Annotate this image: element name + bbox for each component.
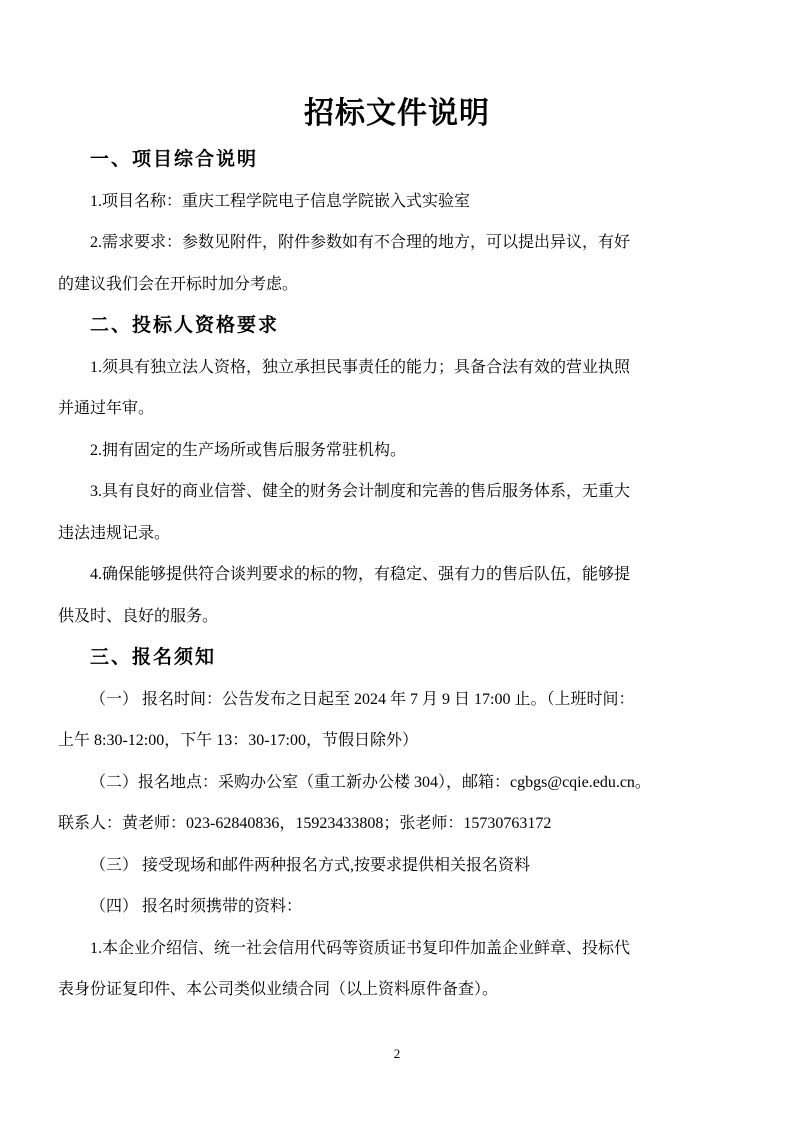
text-line: （一） 报名时间：公告发布之日起至 2024 年 7 月 9 日 17:00 止… <box>58 679 736 721</box>
section-heading: 三、报名须知 <box>58 637 736 679</box>
text-line: 并通过年审。 <box>58 388 736 430</box>
text-line: 表身份证复印件、本公司类似业绩合同（以上资料原件备查）。 <box>58 969 736 1011</box>
document-title: 招标文件说明 <box>0 92 794 136</box>
text-line: （三） 接受现场和邮件两种报名方式,按要求提供相关报名资料 <box>58 845 736 887</box>
text-line: 2.拥有固定的生产场所或售后服务常驻机构。 <box>58 430 736 472</box>
section-heading: 一、项目综合说明 <box>58 139 736 181</box>
text-line: 上午 8:30-12:00，下午 13：30-17:00，节假日除外） <box>58 720 736 762</box>
text-line: （四） 报名时须携带的资料： <box>58 886 736 928</box>
text-line: 2.需求要求：参数见附件，附件参数如有不合理的地方，可以提出异议，有好 <box>58 222 736 264</box>
page-number: 2 <box>0 1046 794 1062</box>
text-line: 1.本企业介绍信、统一社会信用代码等资质证书复印件加盖企业鲜章、投标代 <box>58 928 736 970</box>
document-body: 一、项目综合说明 1.项目名称：重庆工程学院电子信息学院嵌入式实验室 2.需求要… <box>58 139 736 1011</box>
text-line: 1.须具有独立法人资格，独立承担民事责任的能力；具备合法有效的营业执照 <box>58 347 736 389</box>
section-heading: 二、投标人资格要求 <box>58 305 736 347</box>
text-line: 联系人：黄老师：023-62840836，15923433808；张老师：157… <box>58 803 736 845</box>
document-page: 招标文件说明 一、项目综合说明 1.项目名称：重庆工程学院电子信息学院嵌入式实验… <box>0 0 794 1122</box>
section-bidder-qualifications: 二、投标人资格要求 1.须具有独立法人资格，独立承担民事责任的能力；具备合法有效… <box>58 305 736 637</box>
text-line: （二）报名地点：采购办公室（重工新办公楼 304），邮箱：cgbgs@cqie.… <box>58 762 736 804</box>
text-line: 供及时、良好的服务。 <box>58 596 736 638</box>
section-project-overview: 一、项目综合说明 1.项目名称：重庆工程学院电子信息学院嵌入式实验室 2.需求要… <box>58 139 736 305</box>
text-line: 违法违规记录。 <box>58 513 736 555</box>
section-registration-notes: 三、报名须知 （一） 报名时间：公告发布之日起至 2024 年 7 月 9 日 … <box>58 637 736 1011</box>
text-line: 的建议我们会在开标时加分考虑。 <box>58 264 736 306</box>
text-line: 4.确保能够提供符合谈判要求的标的物，有稳定、强有力的售后队伍，能够提 <box>58 554 736 596</box>
text-line: 3.具有良好的商业信誉、健全的财务会计制度和完善的售后服务体系，无重大 <box>58 471 736 513</box>
text-line: 1.项目名称：重庆工程学院电子信息学院嵌入式实验室 <box>58 181 736 223</box>
